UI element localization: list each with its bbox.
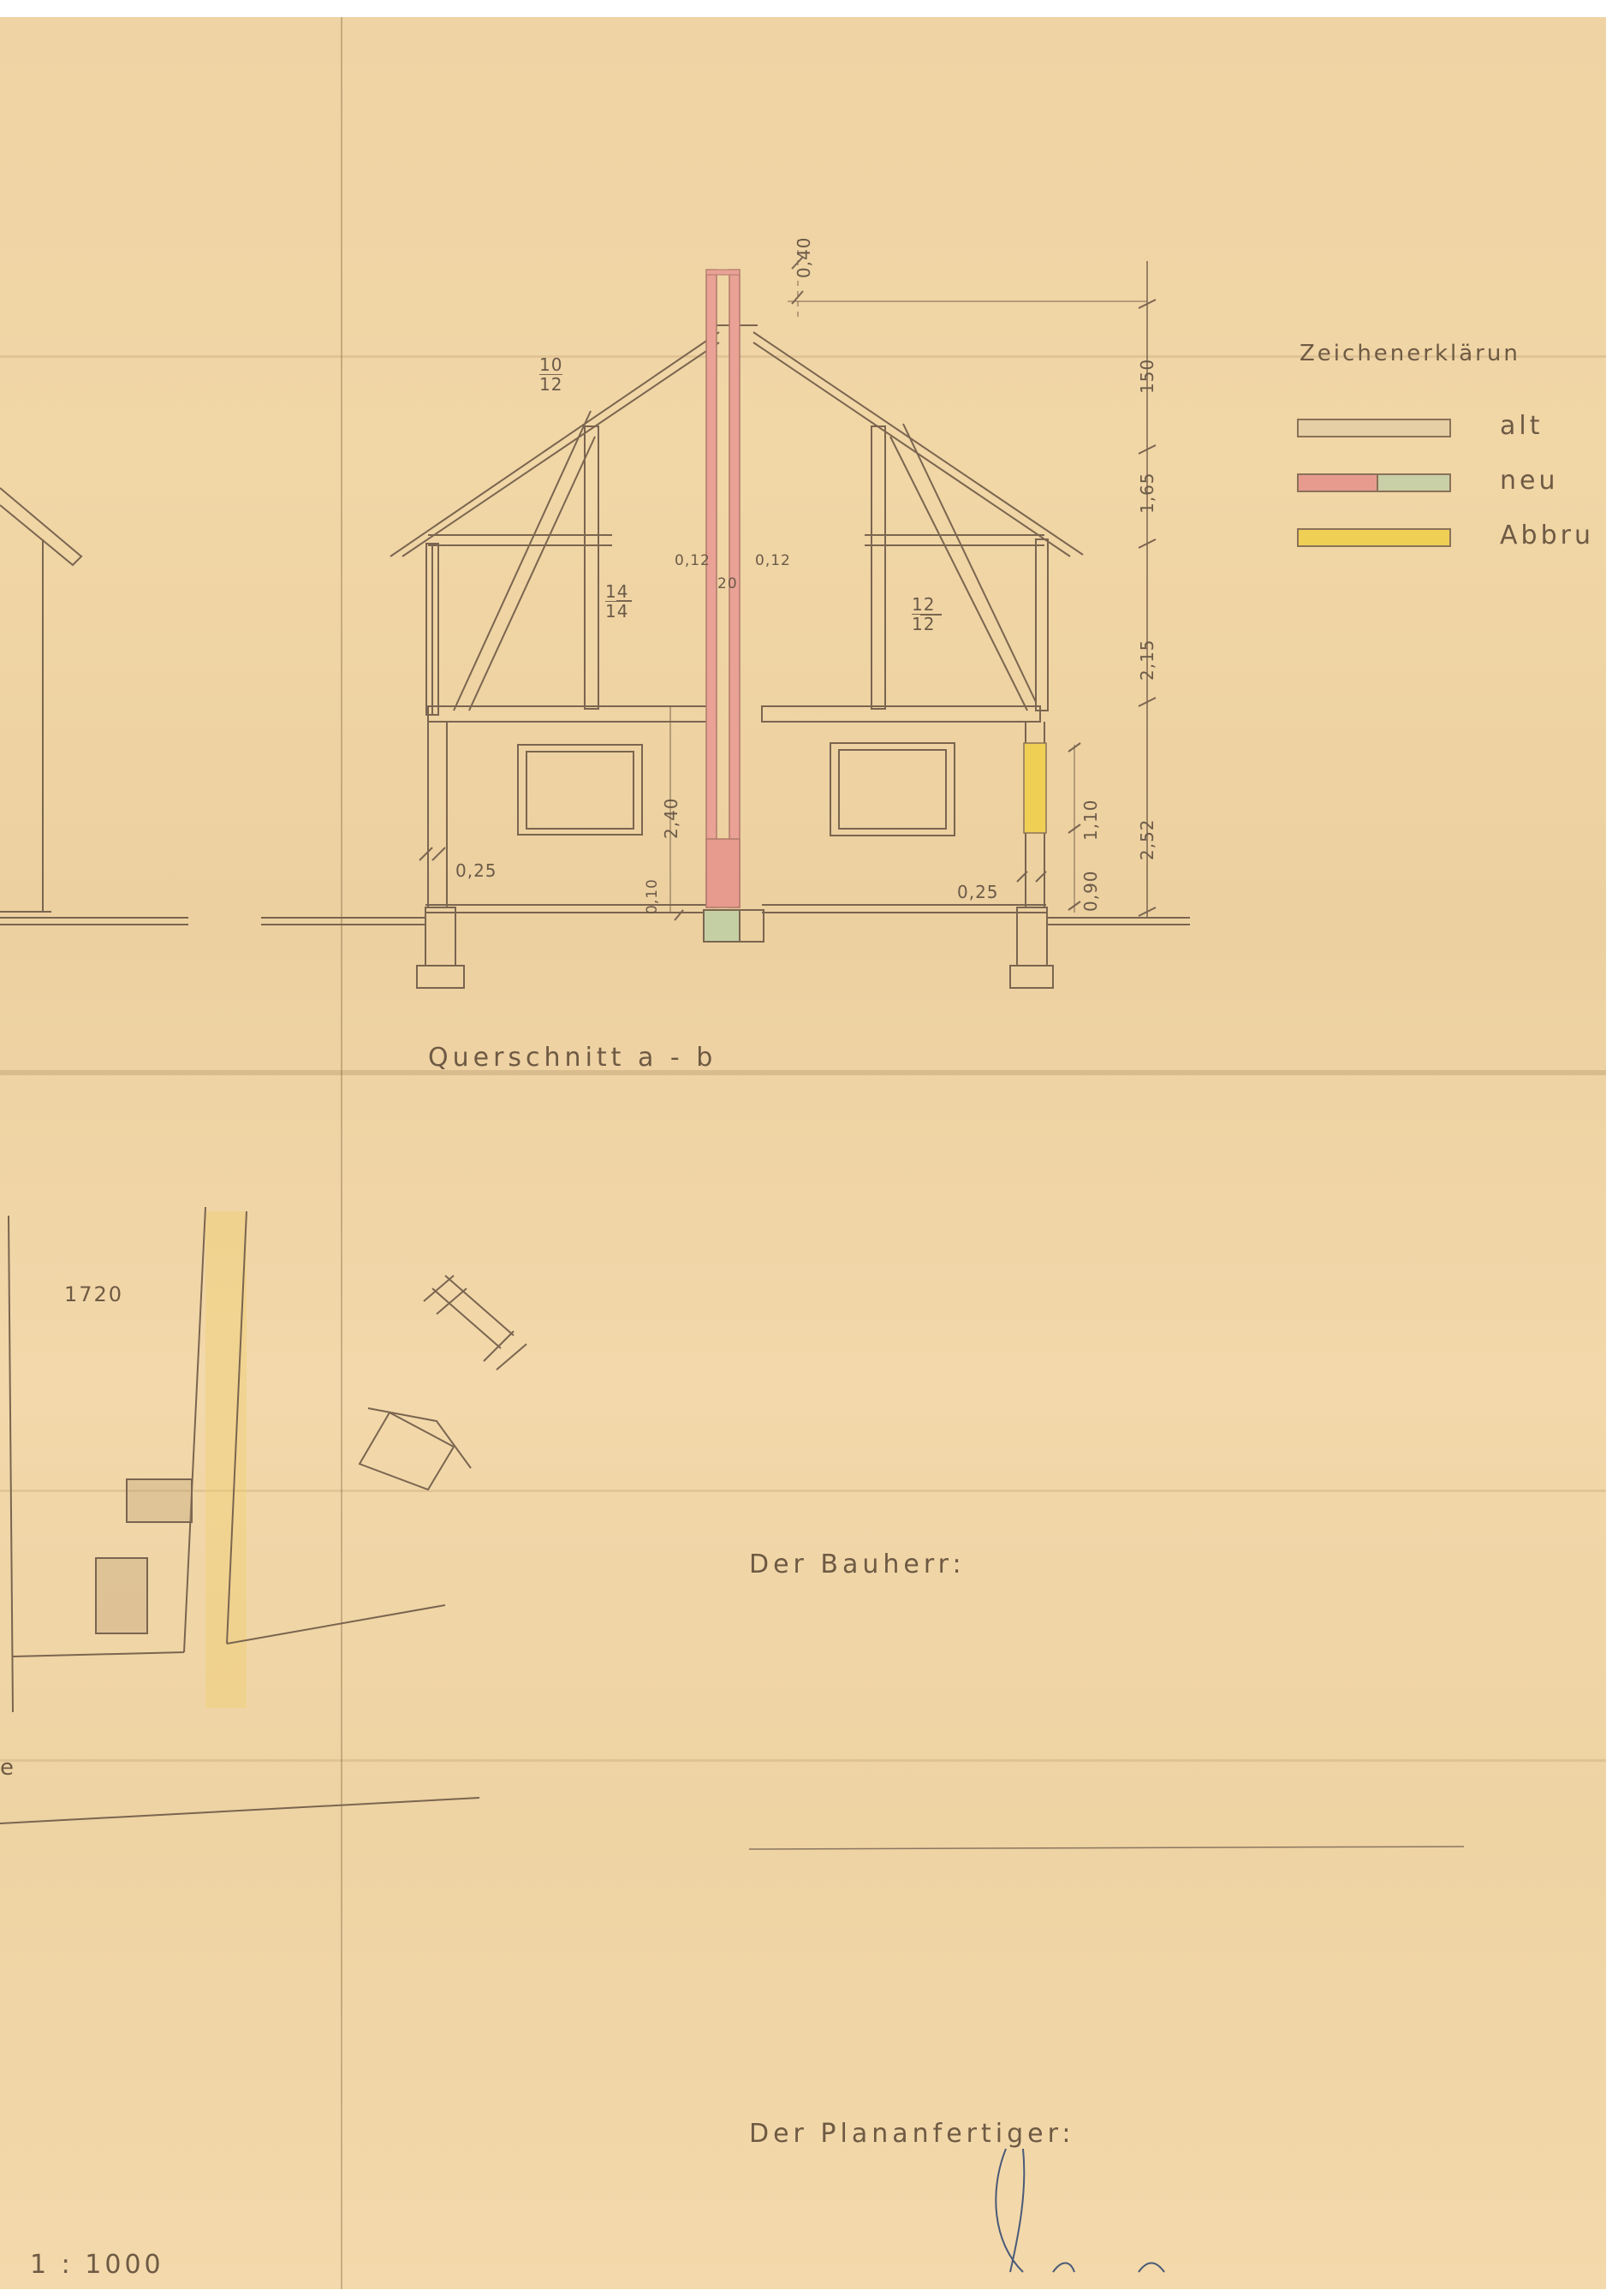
elevation-dim-roof-top: 150 [1137,359,1157,394]
window-sill-dim: 0,90 [1080,870,1101,912]
rafter-dim-top: 10 [539,355,562,374]
chimney-flue-dim: 20 [717,575,738,592]
left-wall-thickness-dim: 0,25 [455,860,497,881]
right-post-dim-bottom: 12 [912,614,935,633]
left-post-dim-top: 14 [605,582,628,601]
window-height-dim: 1,10 [1080,799,1101,841]
ridge-height-dim: 0,40 [794,236,814,278]
left-post-dim-bottom: 14 [605,601,628,621]
section-title: Querschnitt a - b [428,1043,717,1073]
elevation-dim-attic: 2,15 [1137,639,1157,681]
elevation-dim-ground-floor: 2,52 [1137,818,1157,860]
right-wall-thickness-dim: 0,25 [957,882,999,902]
legend-title: Zeichenerklärun [1300,341,1520,366]
owner-signature-label: Der Bauherr: [749,1550,966,1579]
left-post-dim: 14 14 [605,582,628,621]
rafter-dim-bottom: 12 [539,374,562,394]
rafter-dim: 10 12 [539,355,562,394]
right-post-dim-top: 12 [912,595,935,614]
parcel-number: 1720 [64,1282,123,1306]
drawing-sheet: 0,40 10 12 14 14 12 12 0,12 0,12 20 2,40… [0,17,1606,2289]
chimney-wall-right-dim: 0,12 [755,552,791,569]
planner-signature-label: Der Plananfertiger: [749,2119,1075,2149]
chimney-wall-left-dim: 0,12 [675,552,711,569]
floor-height-dim: 2,40 [661,797,681,839]
legend-label-demolition: Abbru [1500,520,1594,550]
right-post-dim: 12 12 [912,595,935,633]
street-name-partial: e [0,1755,15,1781]
site-plan-scale: 1 : 1000 [30,2250,164,2280]
legend-label-new: neu [1500,466,1558,496]
floor-slab-dim: 0,10 [644,878,661,914]
elevation-dim-attic-upper: 1,65 [1137,472,1157,514]
legend-label-old: alt [1500,411,1543,441]
